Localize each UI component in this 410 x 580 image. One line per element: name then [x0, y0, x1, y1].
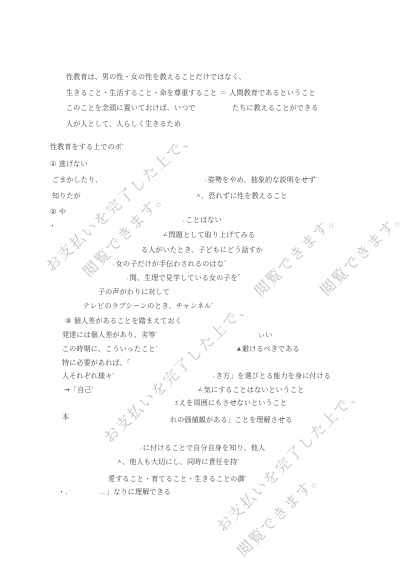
- text-line: 特に必要があれば、「: [62, 359, 131, 368]
- text-line-content: ② や: [50, 208, 66, 216]
- text-line-content: ・.: [58, 488, 68, 496]
- erased-text-remnant: ‚: [213, 373, 215, 379]
- text-line-content: 避けるべきである: [242, 345, 300, 353]
- text-line: ・.: [58, 488, 68, 497]
- text-line-content: 間、生理で見学している女の子を゛: [130, 274, 245, 282]
- erased-text-remnant: ＿: [100, 489, 105, 495]
- text-line-content: き方」を選びとる能力を身に付ける: [216, 372, 331, 380]
- scanned-document-page: お支払いを完了した上で、閲覧できます。閲覧できます。閲覧できます。お支払いを完了…: [0, 0, 410, 580]
- erased-text-remnant: ‚: [183, 217, 185, 223]
- text-line: ごまかしたり、: [52, 176, 102, 185]
- text-line: ʌ、恐れずに性を教えること: [197, 192, 288, 201]
- text-line-content: 女の子だけが手伝わされるのはな゛: [116, 260, 231, 268]
- erased-text-remnant: ʒ: [175, 400, 178, 406]
- text-line-content: →「自己′: [64, 386, 93, 394]
- text-line: たちに教えることができる: [232, 104, 318, 113]
- text-line: ‚き方」を選びとる能力を身に付ける: [213, 372, 331, 381]
- text-line: ʒえを周囲にもさせないということ: [175, 399, 287, 408]
- text-line-content: 特に必要があれば、「: [62, 359, 131, 367]
- text-line: 知りたが: [52, 192, 81, 201]
- text-line: 性教育は、男の性・女の性を教えることだけではなく、: [66, 73, 246, 82]
- text-line-content: 生きること・生活すること・命を尊重すること ＝ 人間教育であるということ: [66, 89, 316, 97]
- text-line-content: 、恐れずに性を教えること: [201, 192, 287, 200]
- text-line: 人が人として、人らしく生きるため: [66, 120, 181, 129]
- erased-text-remnant: ‚: [205, 177, 207, 183]
- text-line-content: れの価値観がある」ことを理解させる: [170, 416, 292, 424]
- text-line-content: 人が人として、人らしく生きるため: [66, 120, 181, 128]
- text-line-content: 性教育をする上でのポ′: [50, 143, 124, 151]
- text-line: この時期に、こういったこと′: [62, 345, 157, 354]
- erased-text-remnant: ▲: [237, 346, 241, 352]
- text-line-content: 人それぞれ様々′: [62, 372, 114, 380]
- text-line-content: ぃい: [258, 331, 272, 339]
- text-line: テレビのラブシーンのとき、チャンネル′: [83, 302, 213, 311]
- text-line: ∠問題として取り上げてみる: [163, 231, 255, 240]
- text-line: ‚姿勢をやめ、抽象的な説明をせず′: [205, 176, 317, 185]
- erased-text-remnant: ‚: [113, 261, 115, 267]
- text-line: ② や: [50, 208, 66, 217]
- text-line: ▲避けるべきである: [237, 345, 300, 354]
- text-line-content: 性教育は、男の性・女の性を教えることだけではなく、: [66, 73, 246, 81]
- text-line-content: テレビのラブシーンのとき、チャンネル′: [83, 302, 213, 310]
- text-line-content: る人がいたとき、子どもにどう話すか: [141, 246, 263, 254]
- text-line: ① 逃げない: [50, 160, 88, 169]
- text-line: ‚女の子だけが手伝わされるのはな゛: [113, 260, 231, 269]
- document-text-layer: 性教育は、男の性・女の性を教えることだけではなく、生きること・生活すること・命を…: [0, 0, 410, 580]
- text-line: る人がいたとき、子どもにどう話すか: [141, 246, 263, 255]
- text-line-content: 気にすることはないということ: [204, 386, 305, 394]
- text-line: ʌ、他人も大切にし、同時に責任を持′: [118, 458, 239, 467]
- text-line: 人それぞれ様々′: [62, 372, 114, 381]
- text-line-content: ③ 個人差があることを踏まえておく: [65, 317, 182, 325]
- text-line-content: このことを念頭に置いておけば、いつで: [66, 104, 196, 112]
- text-line-content: 愛すること・育てること・生きることの御′: [108, 475, 247, 483]
- erased-text-remnant: ʌ: [197, 193, 200, 199]
- erased-text-remnant: ‚: [140, 445, 142, 451]
- text-line-content: 本: [62, 413, 69, 421]
- text-line-content: この時期に、こういったこと′: [62, 345, 157, 353]
- text-line: れの価値観がある」ことを理解させる: [170, 416, 292, 425]
- text-line-content: ① 逃げない: [50, 160, 88, 168]
- text-line: 子の声がわりに対して: [98, 288, 170, 297]
- text-line-content: ・: [49, 222, 56, 230]
- text-line: ＿」なりに理解できる: [100, 488, 171, 497]
- text-line-content: ことはない: [186, 216, 222, 224]
- erased-text-remnant: ʌ: [118, 459, 121, 465]
- text-line: 生きること・生活すること・命を尊重すること ＝ 人間教育であるということ: [66, 89, 316, 98]
- text-line: 発達には個人差があり、劣等′: [62, 331, 157, 340]
- text-line: ∠気にすることはないということ: [198, 386, 305, 395]
- text-line-content: 、他人も大切にし、同時に責任を持′: [122, 458, 239, 466]
- text-line: ‚間、生理で見学している女の子を゛: [127, 274, 245, 283]
- text-line: ぃい: [258, 331, 272, 340]
- text-line: 愛すること・育てること・生きることの御′: [108, 475, 247, 484]
- text-line-content: 」なりに理解できる: [106, 488, 171, 496]
- text-line-content: 問題として取り上げてみる: [169, 231, 255, 239]
- text-line-content: ごまかしたり、: [52, 176, 102, 184]
- text-line-content: 発達には個人差があり、劣等′: [62, 331, 157, 339]
- erased-text-remnant: ∠: [198, 387, 203, 393]
- text-line: ③ 個人差があることを踏まえておく: [65, 317, 182, 326]
- text-line: →「自己′: [64, 386, 93, 395]
- text-line-content: に付けることで自分自身を知り、他人: [143, 444, 265, 452]
- text-line: ‚に付けることで自分自身を知り、他人: [140, 444, 265, 453]
- text-line: ‚ことはない: [183, 216, 222, 225]
- text-line-content: 姿勢をやめ、抽象的な説明をせず′: [208, 176, 318, 184]
- erased-text-remnant: ‚: [127, 275, 129, 281]
- erased-text-remnant: ∠: [163, 232, 168, 238]
- text-line: 本: [62, 413, 69, 422]
- text-line-content: たちに教えることができる: [232, 104, 318, 112]
- text-line: 性教育をする上でのポ′: [50, 143, 124, 152]
- text-line-content: 子の声がわりに対して: [98, 288, 170, 296]
- text-line-content: 知りたが: [52, 192, 81, 200]
- text-line-content: えを周囲にもさせないということ: [179, 399, 287, 407]
- text-line: このことを念頭に置いておけば、いつで: [66, 104, 196, 113]
- text-line: ・: [49, 222, 56, 231]
